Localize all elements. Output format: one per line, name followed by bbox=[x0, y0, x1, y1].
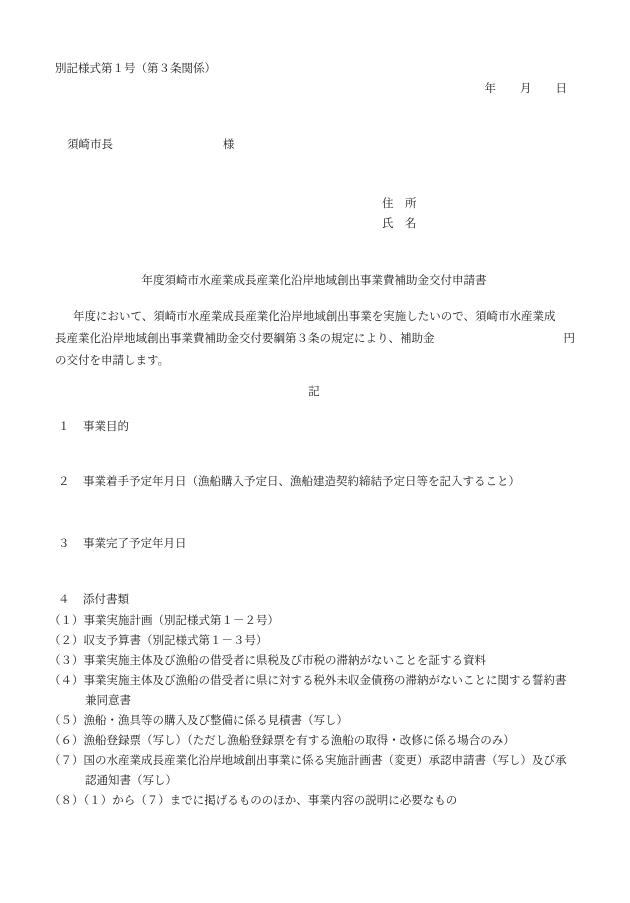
body-line-1: 年度において、須崎市水産業成長産業化沿岸地域創出事業を実施したいので、須崎市水産… bbox=[55, 306, 575, 328]
attachment-row: （８）（１）から（７）までに掲げるもののほか、事業内容の説明に必要なもの bbox=[55, 791, 576, 811]
year-label: 年 bbox=[485, 81, 497, 97]
amount-unit-label: 円 bbox=[564, 328, 576, 350]
attachment-row: （２）収支予算書（別記様式第１－３号） bbox=[55, 631, 576, 651]
application-form-page: 別記様式第１号（第３条関係） 年 月 日 須崎市長 様 住 所 氏 名 年度須崎… bbox=[0, 0, 630, 903]
ki-heading: 記 bbox=[55, 384, 573, 400]
item-number: １ bbox=[58, 419, 83, 435]
applicant-address-label: 住 所 bbox=[382, 194, 417, 214]
attachment-row: （１）事業実施計画（別記様式第１－２号） bbox=[55, 611, 576, 631]
item-text: 事業目的 bbox=[83, 421, 129, 433]
attachment-row: （４）事業実施主体及び漁船の借受者に県に対する税外未収金債務の滞納がないことに関… bbox=[55, 671, 576, 711]
attachment-number: （６） bbox=[49, 735, 84, 747]
attachment-text: 事業実施主体及び漁船の借受者に県税及び市税の滞納がないことを証する資料 bbox=[84, 655, 487, 667]
item-planned-completion-date: ３事業完了予定年月日 bbox=[58, 536, 573, 552]
attachment-row: （３）事業実施主体及び漁船の借受者に県税及び市税の滞納がないことを証する資料 bbox=[55, 651, 576, 671]
day-label: 日 bbox=[556, 81, 568, 97]
body-line-3: の交付を申請します。 bbox=[55, 350, 575, 372]
item-number: ４ bbox=[58, 592, 83, 608]
item-business-purpose: １事業目的 bbox=[58, 419, 573, 435]
month-label: 月 bbox=[520, 81, 532, 97]
attachment-text: 漁船登録票（写し）（ただし漁船登録票を有する漁船の取得・改修に係る場合のみ） bbox=[84, 735, 515, 747]
attachment-text: （１）から（７）までに掲げるもののほか、事業内容の説明に必要なもの bbox=[84, 795, 458, 807]
item-attached-documents: ４添付書類 bbox=[58, 592, 573, 608]
attachment-text: 漁船・漁具等の購入及び整備に係る見積書（写し） bbox=[84, 715, 349, 727]
item-text: 事業完了予定年月日 bbox=[83, 538, 187, 550]
date-line: 年 月 日 bbox=[485, 81, 574, 97]
attachment-list: （１）事業実施計画（別記様式第１－２号） （２）収支予算書（別記様式第１－３号）… bbox=[55, 611, 576, 811]
addressee-line: 須崎市長 様 bbox=[67, 137, 234, 153]
item-text: 事業着手予定年月日（漁船購入予定日、漁船建造契約締結予定日等を記入すること） bbox=[83, 476, 520, 488]
attachment-row: （７）国の水産業成長産業化沿岸地域創出事業に係る実施計画書（変更）承認申請書（写… bbox=[55, 751, 576, 791]
attachment-number: （２） bbox=[49, 635, 84, 647]
form-number-label: 別記様式第１号（第３条関係） bbox=[55, 61, 216, 77]
applicant-name-label: 氏 名 bbox=[382, 214, 417, 234]
attachment-text: 国の水産業成長産業化沿岸地域創出事業に係る実施計画書（変更）承認申請書（写し）及… bbox=[84, 755, 567, 787]
item-text: 添付書類 bbox=[83, 594, 129, 606]
attachment-row: （５）漁船・漁具等の購入及び整備に係る見積書（写し） bbox=[55, 711, 576, 731]
body-line-2-text: 長産業化沿岸地域創出事業費補助金交付要綱第３条の規定により、補助金 bbox=[55, 328, 435, 350]
attachment-number: （８） bbox=[49, 795, 84, 807]
attachment-text: 収支予算書（別記様式第１－３号） bbox=[84, 635, 268, 647]
item-number: ３ bbox=[58, 536, 83, 552]
attachment-text: 事業実施計画（別記様式第１－２号） bbox=[84, 615, 280, 627]
applicant-block: 住 所 氏 名 bbox=[382, 194, 417, 234]
attachment-text: 事業実施主体及び漁船の借受者に県に対する税外未収金債務の滞納がないことに関する誓… bbox=[84, 675, 567, 707]
body-line-2: 長産業化沿岸地域創出事業費補助金交付要綱第３条の規定により、補助金 円 bbox=[55, 328, 575, 350]
item-planned-start-date: ２事業着手予定年月日（漁船購入予定日、漁船建造契約締結予定日等を記入すること） bbox=[58, 474, 573, 490]
document-title: 年度須崎市水産業成長産業化沿岸地域創出事業費補助金交付申請書 bbox=[55, 273, 573, 289]
attachment-number: （１） bbox=[49, 615, 84, 627]
addressee-name: 須崎市長 bbox=[67, 139, 113, 151]
attachment-number: （７） bbox=[49, 755, 84, 767]
attachment-number: （４） bbox=[49, 675, 84, 687]
attachment-row: （６）漁船登録票（写し）（ただし漁船登録票を有する漁船の取得・改修に係る場合のみ… bbox=[55, 731, 576, 751]
item-number: ２ bbox=[58, 474, 83, 490]
attachment-number: （５） bbox=[49, 715, 84, 727]
body-paragraph: 年度において、須崎市水産業成長産業化沿岸地域創出事業を実施したいので、須崎市水産… bbox=[55, 306, 575, 372]
attachment-number: （３） bbox=[49, 655, 84, 667]
addressee-honorific: 様 bbox=[223, 139, 235, 151]
